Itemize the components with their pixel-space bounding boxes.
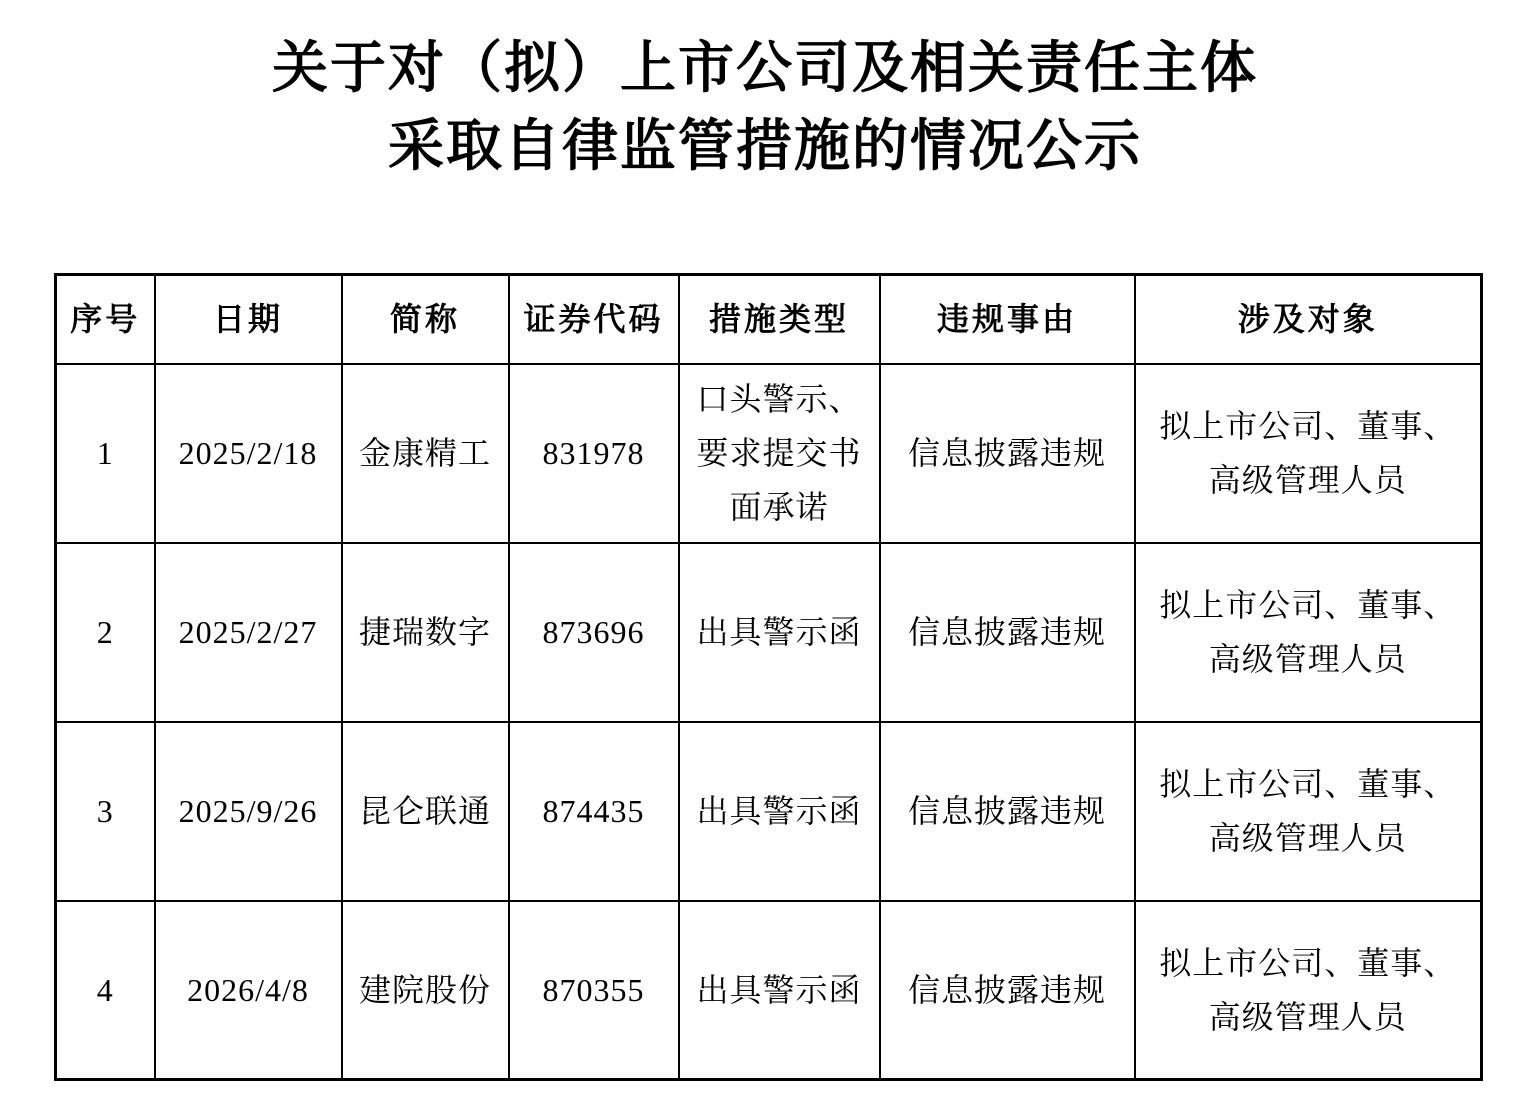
cell-reason: 信息披露违规 [880, 722, 1135, 901]
cell-measure: 出具警示函 [679, 901, 880, 1080]
cell-code: 870355 [509, 901, 679, 1080]
cell-reason: 信息披露违规 [880, 901, 1135, 1080]
cell-name: 捷瑞数字 [342, 543, 509, 722]
cell-code: 874435 [509, 722, 679, 901]
cell-name: 昆仑联通 [342, 722, 509, 901]
cell-measure: 口头警示、 要求提交书 面承诺 [679, 364, 880, 543]
cell-measure: 出具警示函 [679, 722, 880, 901]
col-header-target: 涉及对象 [1135, 275, 1482, 364]
document-page: 关于对（拟）上市公司及相关责任主体 采取自律监管措施的情况公示 序号 日期 简称… [0, 0, 1530, 1112]
cell-code: 831978 [509, 364, 679, 543]
col-header-name: 简称 [342, 275, 509, 364]
cell-no: 4 [56, 901, 155, 1080]
cell-code: 873696 [509, 543, 679, 722]
table-row: 1 2025/2/18 金康精工 831978 口头警示、 要求提交书 面承诺 … [56, 364, 1482, 543]
cell-no: 3 [56, 722, 155, 901]
col-header-no: 序号 [56, 275, 155, 364]
cell-target: 拟上市公司、董事、 高级管理人员 [1135, 364, 1482, 543]
cell-target: 拟上市公司、董事、 高级管理人员 [1135, 722, 1482, 901]
header-row: 序号 日期 简称 证券代码 措施类型 违规事由 涉及对象 [56, 275, 1482, 364]
cell-no: 1 [56, 364, 155, 543]
table-row: 4 2026/4/8 建院股份 870355 出具警示函 信息披露违规 拟上市公… [56, 901, 1482, 1080]
cell-measure: 出具警示函 [679, 543, 880, 722]
measures-table: 序号 日期 简称 证券代码 措施类型 违规事由 涉及对象 1 2025/2/18… [54, 273, 1483, 1081]
cell-name: 金康精工 [342, 364, 509, 543]
col-header-code: 证券代码 [509, 275, 679, 364]
document-title-line1: 关于对（拟）上市公司及相关责任主体 [0, 30, 1530, 108]
cell-date: 2025/2/18 [155, 364, 342, 543]
cell-date: 2025/2/27 [155, 543, 342, 722]
cell-target: 拟上市公司、董事、 高级管理人员 [1135, 543, 1482, 722]
col-header-reason: 违规事由 [880, 275, 1135, 364]
col-header-date: 日期 [155, 275, 342, 364]
cell-date: 2025/9/26 [155, 722, 342, 901]
document-title: 关于对（拟）上市公司及相关责任主体 采取自律监管措施的情况公示 [0, 0, 1530, 186]
document-title-line2: 采取自律监管措施的情况公示 [0, 108, 1530, 186]
table-row: 2 2025/2/27 捷瑞数字 873696 出具警示函 信息披露违规 拟上市… [56, 543, 1482, 722]
cell-no: 2 [56, 543, 155, 722]
cell-reason: 信息披露违规 [880, 543, 1135, 722]
cell-reason: 信息披露违规 [880, 364, 1135, 543]
cell-name: 建院股份 [342, 901, 509, 1080]
cell-target: 拟上市公司、董事、 高级管理人员 [1135, 901, 1482, 1080]
cell-date: 2026/4/8 [155, 901, 342, 1080]
table-row: 3 2025/9/26 昆仑联通 874435 出具警示函 信息披露违规 拟上市… [56, 722, 1482, 901]
col-header-measure: 措施类型 [679, 275, 880, 364]
